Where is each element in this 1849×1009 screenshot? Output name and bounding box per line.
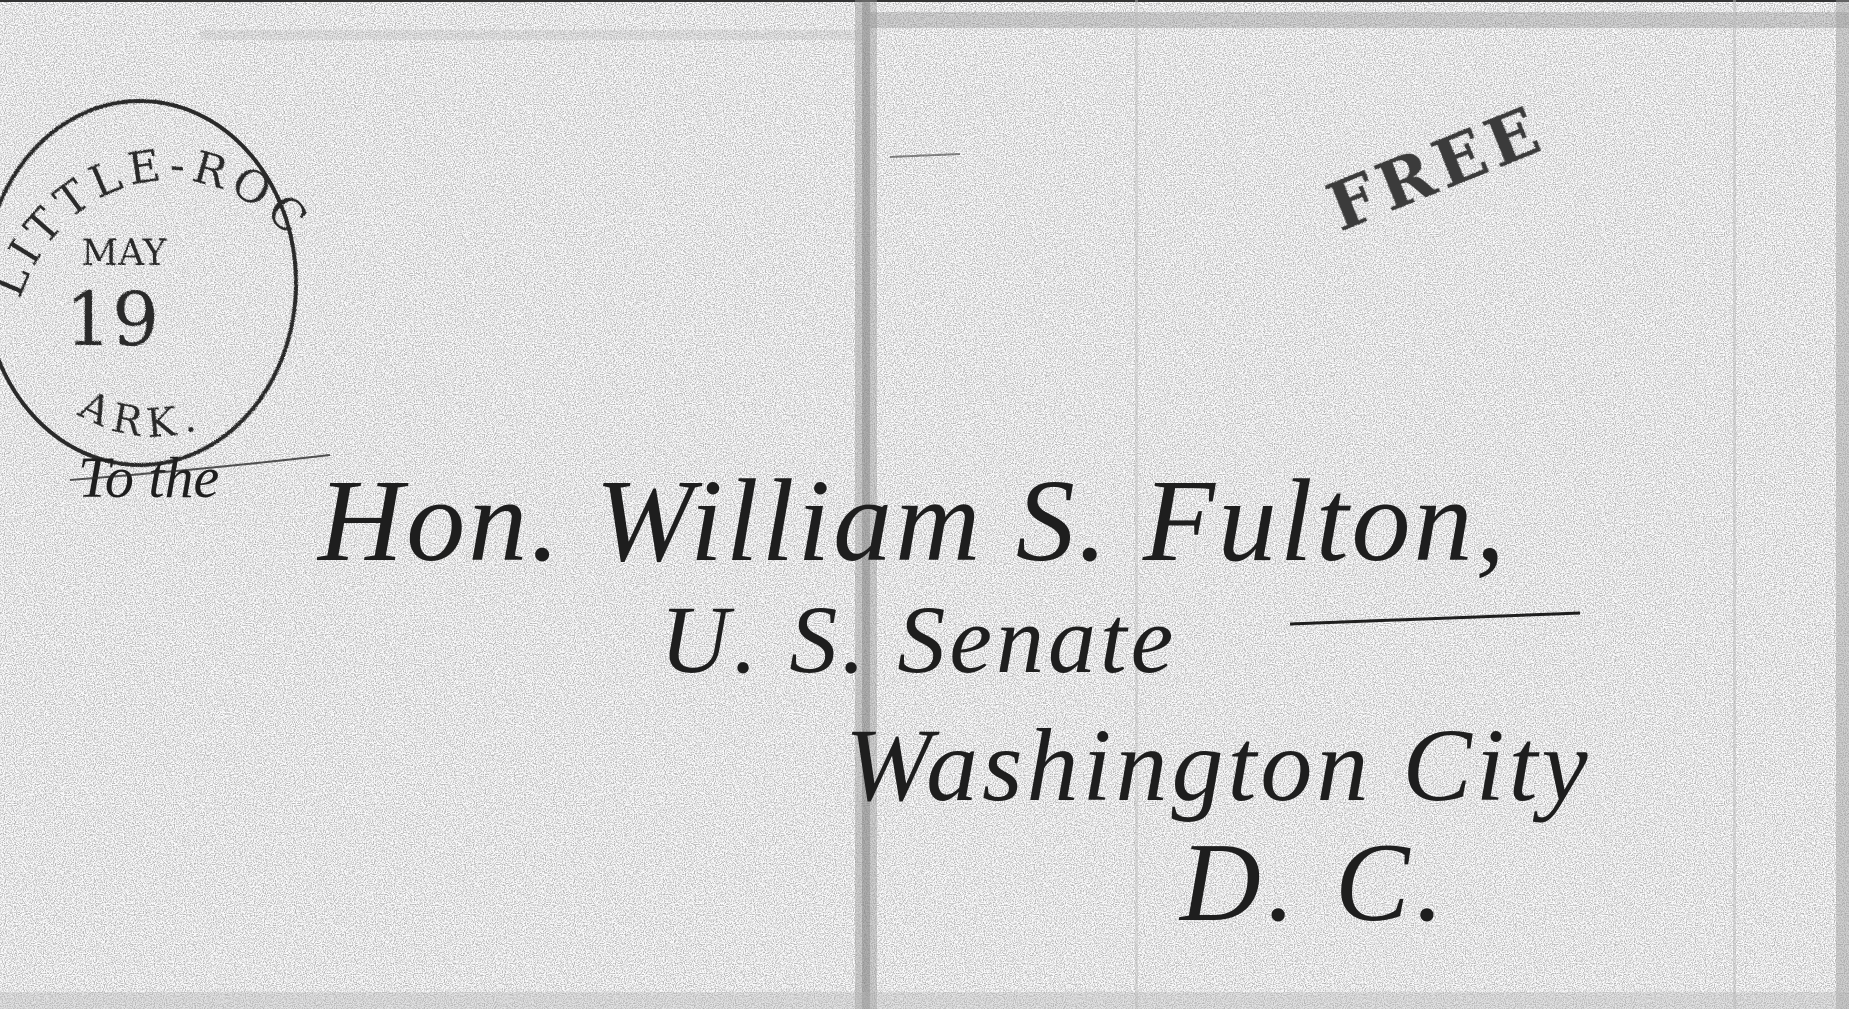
postmark-month: MAY bbox=[81, 233, 167, 274]
address-line4: D. C. bbox=[1178, 821, 1450, 945]
postmark-day: 19 bbox=[65, 277, 159, 363]
address-line2: U. S. Senate bbox=[660, 586, 1177, 693]
postal-cover: LITTLE-ROCK ARK. MAY 19 FREE To the Hon.… bbox=[0, 0, 1849, 1009]
scanned-envelope: LITTLE-ROCK ARK. MAY 19 FREE To the Hon.… bbox=[0, 0, 1849, 1009]
top-border bbox=[0, 0, 1849, 2]
address-line3: Washington City bbox=[845, 708, 1592, 823]
address-line1: Hon. William S. Fulton, bbox=[316, 455, 1508, 586]
